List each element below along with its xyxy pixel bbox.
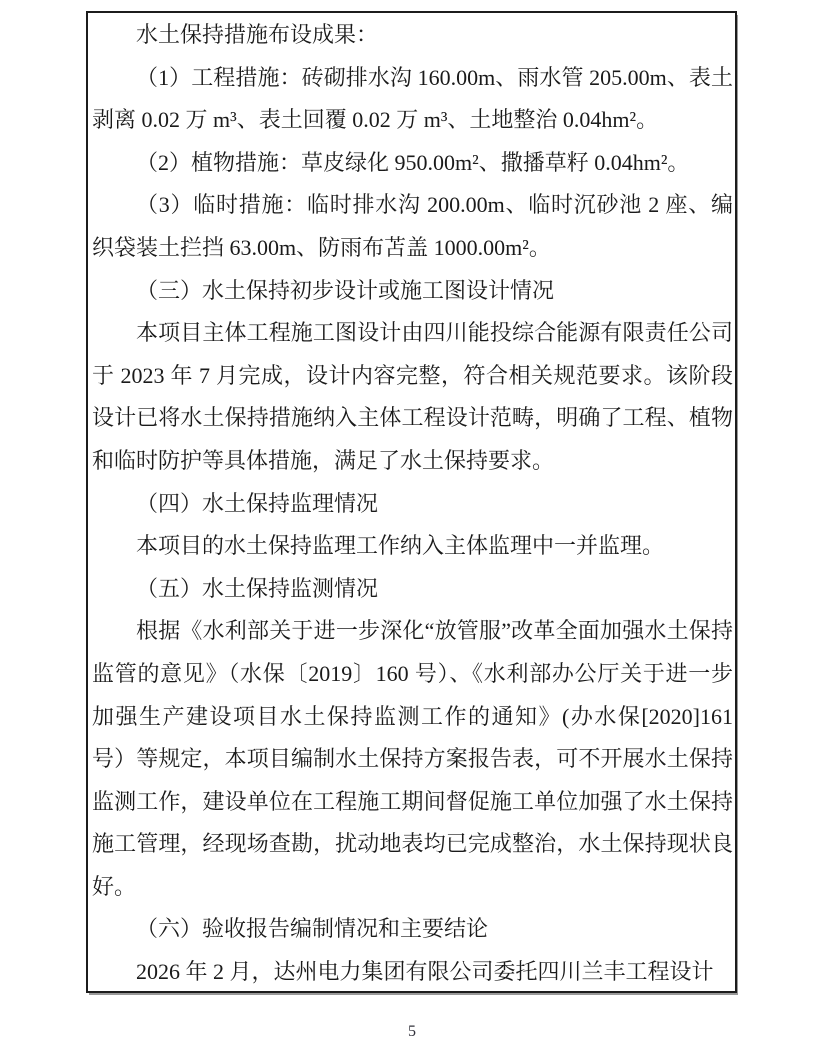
para-plant-measures: （2）植物措施：草皮绿化 950.00m²、撒播草籽 0.04hm²。 [92,142,733,185]
para-section-five-body: 根据《水利部关于进一步深化“放管服”改革全面加强水土保持监管的意见》（水保〔20… [92,610,733,908]
heading-section-five-monitoring: （五）水土保持监测情况 [92,568,733,611]
document-page: 水土保持措施布设成果： （1）工程措施：砖砌排水沟 160.00m、雨水管 20… [0,0,824,1049]
page-number: 5 [0,1022,824,1042]
report-table-cell: 水土保持措施布设成果： （1）工程措施：砖砌排水沟 160.00m、雨水管 20… [86,11,737,993]
heading-section-four-supervision: （四）水土保持监理情况 [92,483,733,526]
heading-section-three-design: （三）水土保持初步设计或施工图设计情况 [92,270,733,313]
para-section-six-body: 2026 年 2 月，达州电力集团有限公司委托四川兰丰工程设计 [92,951,733,993]
para-engineering-measures: （1）工程措施：砖砌排水沟 160.00m、雨水管 205.00m、表土剥离 0… [92,57,733,142]
para-section-four-body: 本项目的水土保持监理工作纳入主体监理中一并监理。 [92,525,733,568]
para-measures-summary-heading: 水土保持措施布设成果： [92,14,733,57]
para-section-three-body: 本项目主体工程施工图设计由四川能投综合能源有限责任公司于 2023 年 7 月完… [92,312,733,482]
report-body: 水土保持措施布设成果： （1）工程措施：砖砌排水沟 160.00m、雨水管 20… [88,13,735,993]
heading-section-six-acceptance: （六）验收报告编制情况和主要结论 [92,908,733,951]
para-temporary-measures: （3）临时措施：临时排水沟 200.00m、临时沉砂池 2 座、编织袋装土拦挡 … [92,184,733,269]
